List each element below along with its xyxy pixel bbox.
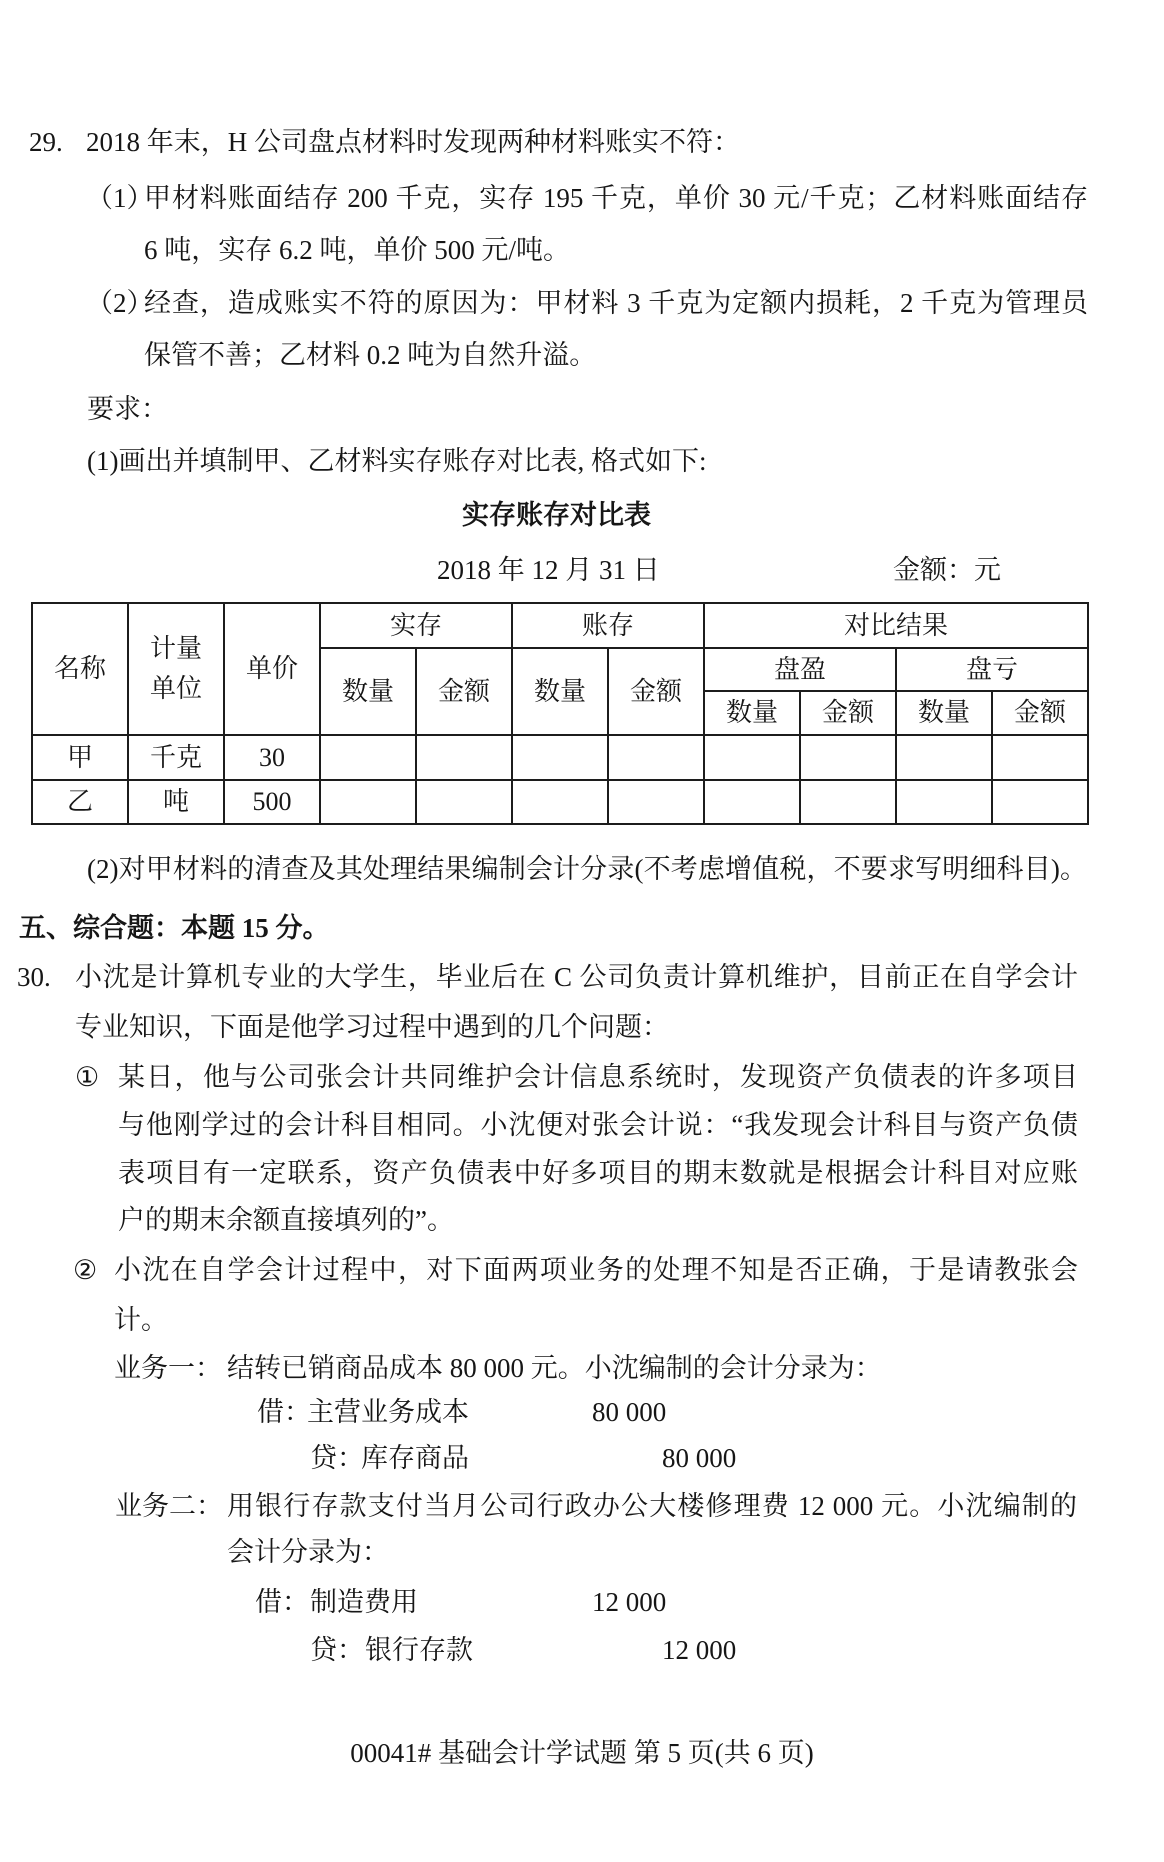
cell-shortage-amt: [992, 735, 1088, 780]
point-1-line-4: 户的期末余额直接填列的”。: [118, 1200, 454, 1240]
cell-book-qty: [512, 780, 608, 824]
cell-actual-qty: [320, 780, 416, 824]
question-30-number: 30.: [17, 957, 51, 997]
cell-price: 30: [224, 735, 320, 780]
cell-price: 500: [224, 780, 320, 824]
header-surplus-qty: 数量: [704, 691, 800, 735]
cell-name: 乙: [32, 780, 128, 824]
table-date: 2018 年 12 月 31 日: [437, 550, 660, 590]
header-surplus: 盘盈: [704, 648, 896, 691]
cell-surplus-qty: [704, 735, 800, 780]
cell-book-amt: [608, 735, 704, 780]
section-5-heading: 五、综合题：本题 15 分。: [19, 908, 330, 948]
business-2-debit-amount: 12 000: [592, 1582, 666, 1622]
business-2-credit-account: 银行存款: [365, 1630, 473, 1670]
point-1-marker: ①: [75, 1057, 99, 1097]
table-header-row-1: 名称 计量 单位 单价 实存 账存 对比结果: [32, 603, 1088, 648]
point-1-line-1: 某日，他与公司张会计共同维护会计信息系统时，发现资产负债表的许多项目: [118, 1057, 1078, 1097]
point-2-line-1: 小沈在自学会计过程中，对下面两项业务的处理不知是否正确，于是请教张会: [114, 1250, 1078, 1290]
question-29-stem: 2018 年末，H 公司盘点材料时发现两种材料账实不符：: [86, 122, 740, 162]
business-2-credit-label: 贷：: [310, 1630, 364, 1670]
business-2-credit-amount: 12 000: [662, 1630, 736, 1670]
table-row: 甲 千克 30: [32, 735, 1088, 780]
requirement-2: (2)对甲材料的清查及其处理结果编制会计分录(不考虑增值税，不要求写明细科目)。: [87, 849, 1087, 889]
q29-item-2-line-2: 保管不善；乙材料 0.2 吨为自然升溢。: [144, 335, 596, 375]
cell-surplus-amt: [800, 780, 896, 824]
requirements-label: 要求：: [87, 389, 168, 429]
cell-name: 甲: [32, 735, 128, 780]
point-1-line-3: 表项目有一定联系，资产负债表中好多项目的期末数就是根据会计科目对应账: [118, 1153, 1078, 1193]
business-1-debit-account: 主营业务成本: [307, 1392, 469, 1432]
cell-actual-amt: [416, 735, 512, 780]
q29-item-1-line-2: 6 吨，实存 6.2 吨，单价 500 元/吨。: [144, 230, 570, 270]
point-2-marker: ②: [73, 1250, 97, 1290]
header-shortage: 盘亏: [896, 648, 1088, 691]
business-2-debit-label: 借：: [255, 1582, 309, 1622]
exam-page: 29. 2018 年末，H 公司盘点材料时发现两种材料账实不符： （1） 甲材料…: [0, 0, 1164, 1862]
cell-book-amt: [608, 780, 704, 824]
header-actual-amt: 金额: [416, 648, 512, 735]
header-unit: 计量 单位: [128, 603, 224, 735]
table-unit-note: 金额：元: [893, 550, 1001, 590]
business-1-debit-amount: 80 000: [592, 1392, 666, 1432]
business-1-text: 结转已销商品成本 80 000 元。小沈编制的会计分录为：: [227, 1348, 882, 1388]
header-shortage-qty: 数量: [896, 691, 992, 735]
header-book: 账存: [512, 603, 704, 648]
header-name: 名称: [32, 603, 128, 735]
header-shortage-amt: 金额: [992, 691, 1088, 735]
business-1-credit-account: 库存商品: [361, 1438, 469, 1478]
cell-shortage-qty: [896, 735, 992, 780]
business-1-credit-label: 贷：: [310, 1438, 364, 1478]
header-result: 对比结果: [704, 603, 1088, 648]
point-1-line-2: 与他刚学过的会计科目相同。小沈便对张会计说：“我发现会计科目与资产负债: [118, 1105, 1078, 1145]
q29-item-1-line-1: 甲材料账面结存 200 千克，实存 195 千克，单价 30 元/千克；乙材料账…: [144, 178, 1088, 218]
cell-unit: 千克: [128, 735, 224, 780]
header-book-qty: 数量: [512, 648, 608, 735]
requirement-1: (1)画出并填制甲、乙材料实存账存对比表, 格式如下:: [87, 441, 706, 481]
q29-item-2-line-1: 经查，造成账实不符的原因为：甲材料 3 千克为定额内损耗，2 千克为管理员: [144, 283, 1088, 323]
cell-actual-amt: [416, 780, 512, 824]
business-1-label: 业务一：: [114, 1348, 222, 1388]
business-2-debit-account: 制造费用: [310, 1582, 418, 1622]
business-2-line-2: 会计分录为：: [227, 1532, 389, 1572]
cell-book-qty: [512, 735, 608, 780]
business-2-line-1: 用银行存款支付当月公司行政办公大楼修理费 12 000 元。小沈编制的: [227, 1486, 1077, 1526]
cell-actual-qty: [320, 735, 416, 780]
table-row: 乙 吨 500: [32, 780, 1088, 824]
header-price: 单价: [224, 603, 320, 735]
cell-surplus-qty: [704, 780, 800, 824]
inventory-comparison-table: 名称 计量 单位 单价 实存 账存 对比结果 数量 金额 数量 金额 盘盈 盘亏…: [31, 602, 1089, 825]
cell-unit: 吨: [128, 780, 224, 824]
q30-intro-line-2: 专业知识，下面是他学习过程中遇到的几个问题：: [75, 1007, 669, 1047]
business-1-debit-label: 借：: [257, 1392, 311, 1432]
header-actual-qty: 数量: [320, 648, 416, 735]
page-footer: 00041# 基础会计学试题 第 5 页(共 6 页): [0, 1733, 1164, 1773]
point-2-line-2: 计。: [114, 1300, 168, 1340]
cell-shortage-qty: [896, 780, 992, 824]
business-1-credit-amount: 80 000: [662, 1438, 736, 1478]
header-surplus-amt: 金额: [800, 691, 896, 735]
cell-surplus-amt: [800, 735, 896, 780]
cell-shortage-amt: [992, 780, 1088, 824]
table-title: 实存账存对比表: [462, 495, 651, 535]
header-actual: 实存: [320, 603, 512, 648]
business-2-label: 业务二：: [115, 1486, 223, 1526]
q30-intro-line-1: 小沈是计算机专业的大学生，毕业后在 C 公司负责计算机维护，目前正在自学会计: [75, 957, 1078, 997]
header-book-amt: 金额: [608, 648, 704, 735]
question-29-number: 29.: [29, 122, 63, 162]
